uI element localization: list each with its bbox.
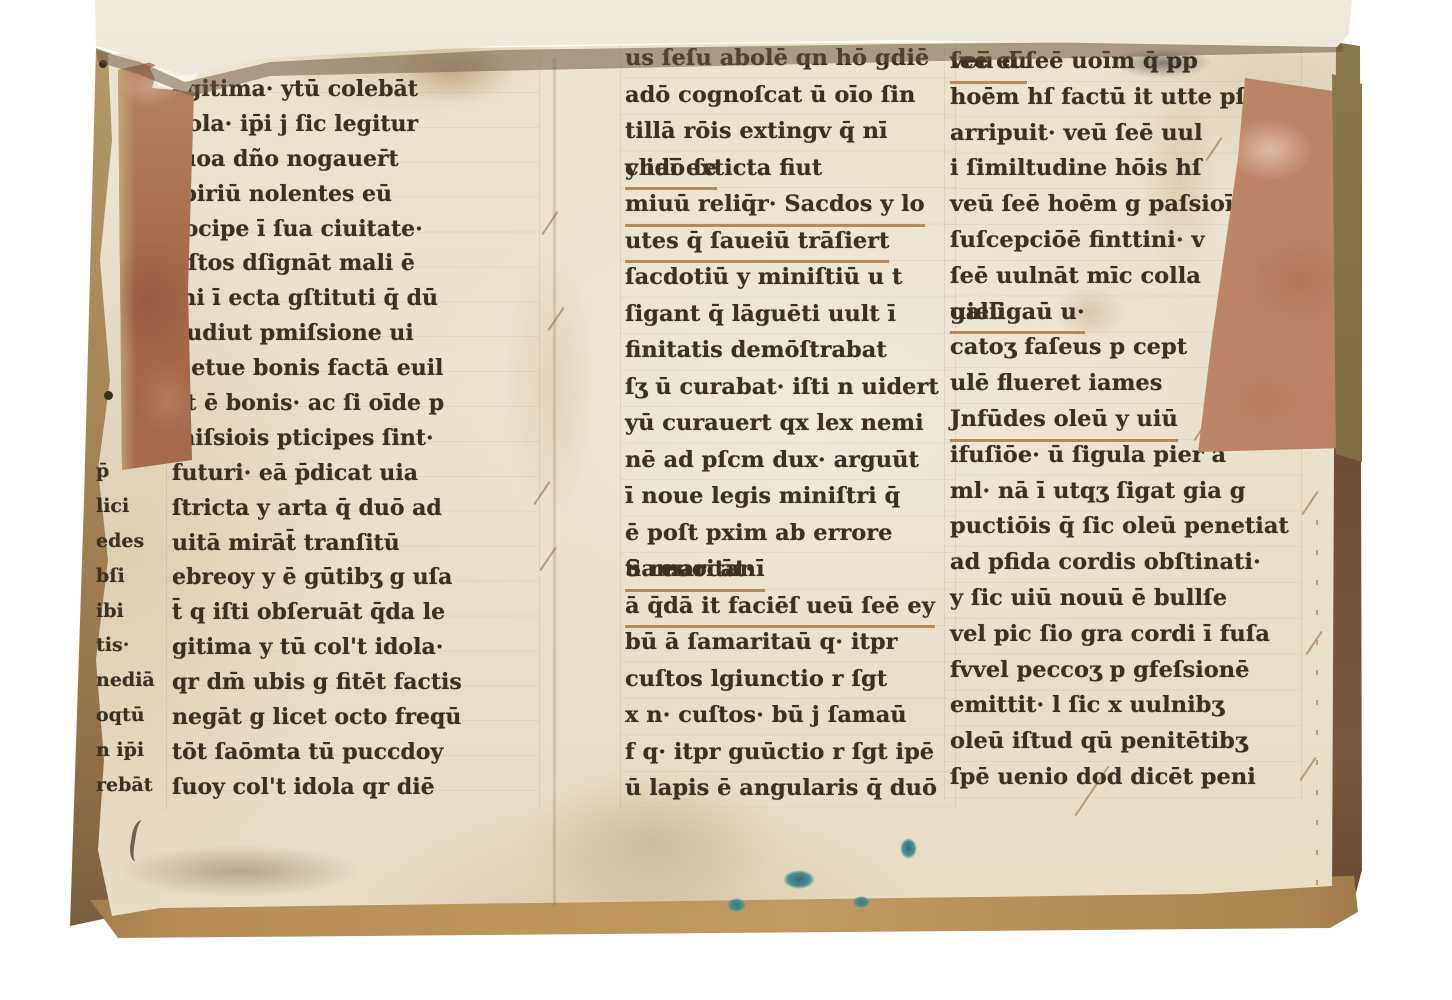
text-line: adō cognoſcat ū oīo ſin <box>625 77 950 114</box>
text-line: rebāt <box>96 768 172 803</box>
text-line: fvvel peccoʒ p gfeſsionē <box>950 653 1300 689</box>
manuscript-photo: p̄liciedesbſiibitis·nediāoqtūn ip̄irebāt… <box>0 0 1452 1000</box>
text-line: gitima y tū col't idola· <box>172 630 532 665</box>
text-line: t̄ q iſti obſeruāt q̄da le <box>172 595 532 630</box>
text-line: finitatis demōſtrabat <box>625 332 950 369</box>
text-line: qr dm̄ ubis g fitēt factis <box>172 665 532 700</box>
text-line: ebreoy y ē gūtibʒ g uſa <box>172 560 532 595</box>
text-line: ū reuocāt· Samaritanī <box>625 551 950 588</box>
text-line: ſpiriū nolentes eū <box>172 177 532 212</box>
text-line: ſacdotiū y miniſtiū u t <box>625 259 950 296</box>
text-line: ē poſt pxim ab errore <box>625 515 950 552</box>
text-line: bū ā ſamaritaū q· itpr <box>625 624 950 661</box>
text-line: edes <box>96 524 172 559</box>
text-line: ad pfida cordis obſtinati· <box>950 545 1300 581</box>
rubric-underlined-text: Jnfūdes oleū y uiū <box>950 402 1178 442</box>
text-line: cuſtos lgiunctio r ſgt <box>625 661 950 698</box>
text-line: tōt ſaōmta tū puccdoy <box>172 735 532 770</box>
text-line: puctiōis q̄ ſic oleū penetiat <box>950 509 1300 545</box>
text-line: ml· nā ī utqʒ ſigat gia g <box>950 474 1300 510</box>
text-line: x n· cuſtos· bū j ſamaū <box>625 697 950 734</box>
text-line: f q· itpr guūctio r ſgt ipē <box>625 734 950 771</box>
text-line: miuū reliq̄r· Sacdos y lo <box>625 186 950 223</box>
text-line: utes q̄ ſaueiū trāſiert <box>625 223 950 260</box>
text-line: futuri· eā p̄dicat uia <box>172 456 532 491</box>
rubric-underlined-text: miuū reliq̄r· Sacdos y lo <box>625 186 925 227</box>
text-line: tis· <box>96 628 172 663</box>
text-line: negāt g licet octo freqū <box>172 700 532 735</box>
text-line: luoa dño nogauer̄t <box>172 142 532 177</box>
rubric-underlined-text: galligaū u· <box>950 295 1085 335</box>
text-line: vel pic ſio gra cordi ī fuſa <box>950 617 1300 653</box>
wormhole <box>104 391 113 400</box>
text-line: r etue bonis factā euil <box>172 351 532 386</box>
rubric-underlined-text: Samaritanī <box>625 551 765 592</box>
text-line: rocipe ī ſua ciuitate· <box>172 212 532 247</box>
text-line: ſʒ ū curabat· iſti n uidert <box>625 369 950 406</box>
text-line: n ip̄i <box>96 733 172 768</box>
text-line: uitā mirāt̄ tranſitū <box>172 526 532 561</box>
text-line: ſigant q̄ lāguēti uult ī <box>625 296 950 333</box>
text-line: ſpē uenio dod dicēt peni <box>950 760 1300 796</box>
rubric-underlined-text: utes q̄ ſaueiū trāſiert <box>625 223 889 264</box>
text-line: ſuoy col't idola qr diē <box>172 770 532 805</box>
stain <box>120 845 360 897</box>
text-line: uſtos dſignāt mali ē <box>172 246 532 281</box>
text-column-left: egitima· ytū colebātdola· ip̄i j ſic leg… <box>172 72 532 805</box>
text-line: emittit· l ſic x uulnibʒ <box>950 688 1300 724</box>
text-line: ā q̄dā it faciēſ ueū ſeē ey <box>625 588 950 625</box>
text-line: ſtricta y arta q̄ duō ad <box>172 491 532 526</box>
text-line: nediā <box>96 663 172 698</box>
left-margin-notes: p̄liciedesbſiibitis·nediāoqtūn ip̄irebāt <box>96 454 172 803</box>
text-line: lici <box>96 489 172 524</box>
rubric-underlined-text: y idō ſe <box>625 150 717 191</box>
text-line: ibi <box>96 594 172 629</box>
text-line: chaī exticta fiut y idō ſe <box>625 150 950 187</box>
text-column-center: us ſeſu abolē qn hō gdiēadō cognoſcat ū … <box>625 40 950 807</box>
rubric-underlined-text: ā q̄dā it faciēſ ueū ſeē ey <box>625 588 935 629</box>
text-line: oleū iſtud qū penitētibʒ <box>950 724 1300 760</box>
text-line: āt ē bonis· ac ſi oīde p <box>172 386 532 421</box>
text-line: oqtū <box>96 698 172 733</box>
text-line: ī noue legis miniſtri q̄ <box>625 478 950 515</box>
text-line: ū lapis ē angularis q̄ duō <box>625 770 950 807</box>
text-line: nē ad pſcm dux· arguūt <box>625 442 950 479</box>
text-line: dola· ip̄i j ſic legitur <box>172 107 532 142</box>
text-line: yū curauert qx lex nemi <box>625 405 950 442</box>
text-line: y ſic uiū nouū ē bullſe <box>950 581 1300 617</box>
text-line: ini ī ecta gſtituti q̄ dū <box>172 281 532 316</box>
text-line: tillā rōis extingv q̄ nī <box>625 113 950 150</box>
text-line: audiut pmiſsione ui <box>172 316 532 351</box>
text-line: bſi <box>96 559 172 594</box>
text-line: miſsiois pticipes ſint· <box>172 421 532 456</box>
pricking-marks <box>1316 520 1318 900</box>
